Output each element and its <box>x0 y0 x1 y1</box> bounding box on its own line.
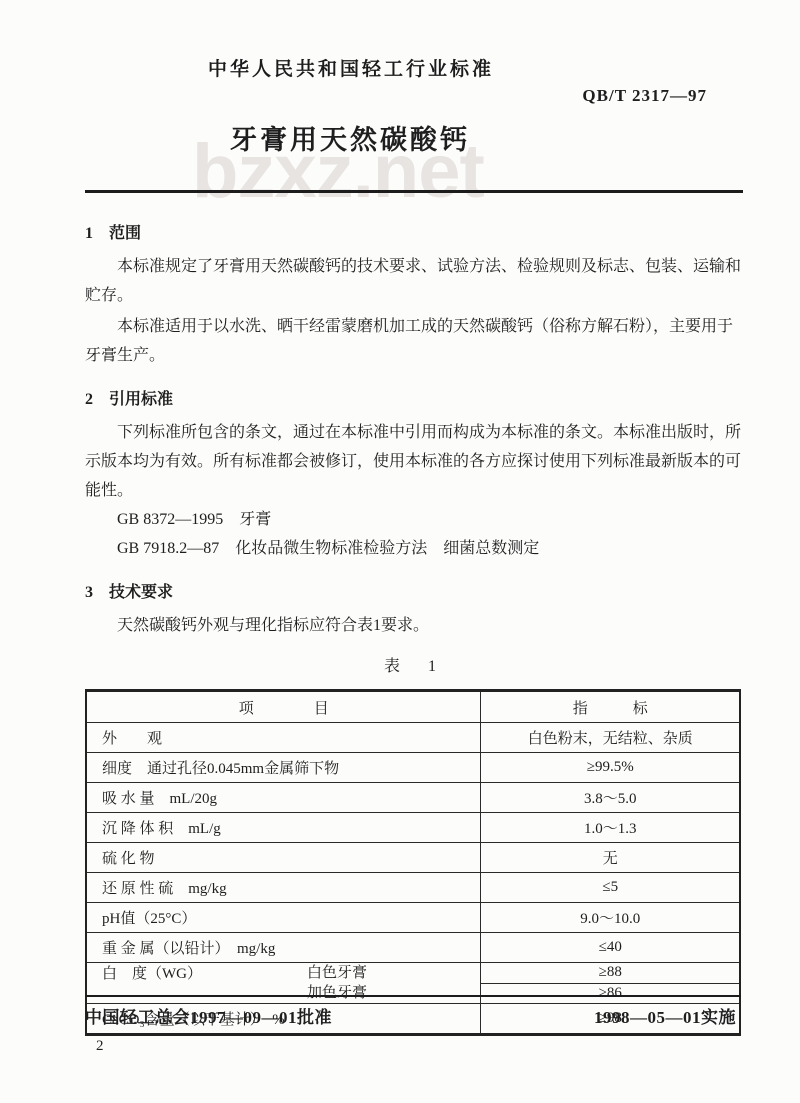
row-spec-value: ≥99.5% <box>481 753 739 782</box>
document-page: 中华人民共和国轻工行业标准 QB/T 2317—97 牙膏用天然碳酸钙 bzxz… <box>0 0 800 1103</box>
row-item-label: 外 观 <box>87 723 481 752</box>
whiteness-item-cell: 白 度（WG） 白色牙膏 加色牙膏 <box>87 963 481 1003</box>
table-row-water-absorption: 吸 水 量 mL/20g 3.8～5.0 <box>87 782 739 812</box>
table-row-reducing-sulfur: 还 原 性 硫 mg/kg ≤5 <box>87 872 739 902</box>
row-item-label: 白 度（WG） <box>102 963 480 984</box>
table-row-heavy-metals: 重 金 属（以铅计） mg/kg ≤40 <box>87 932 739 962</box>
reference-gb-8372: GB 8372—1995 牙膏 <box>85 505 741 534</box>
whiteness-colored-value: ≥86 <box>481 984 739 1004</box>
document-body: 1 范围 本标准规定了牙膏用天然碳酸钙的技术要求、试验方法、检验规则及标志、包装… <box>85 210 741 1036</box>
whiteness-sublabels: 白色牙膏 加色牙膏 <box>307 963 367 1003</box>
section-3-heading: 3 技术要求 <box>85 581 741 605</box>
row-item-label: 硫 化 物 <box>87 843 481 872</box>
row-item-label: 重 金 属（以铅计） mg/kg <box>87 933 481 962</box>
table-row-fineness: 细度 通过孔径0.045mm金属筛下物 ≥99.5% <box>87 752 739 782</box>
table-row-sulfide: 硫 化 物 无 <box>87 842 739 872</box>
row-spec-value: ≤40 <box>481 933 739 962</box>
table-1: 项 目 指 标 外 观 白色粉末，无结粒、杂质 细度 通过孔径0.045mm金属… <box>85 689 741 1036</box>
approval-text: 中国轻工总会1997—09—01批准 <box>85 1003 332 1028</box>
whiteness-white-value: ≥88 <box>481 963 739 984</box>
section-1-heading: 1 范围 <box>85 222 741 246</box>
section-3-paragraph-1: 天然碳酸钙外观与理化指标应符合表1要求。 <box>85 611 741 640</box>
table-row-appearance: 外 观 白色粉末，无结粒、杂质 <box>87 722 739 752</box>
row-spec-value: 白色粉末，无结粒、杂质 <box>481 723 739 752</box>
row-item-label: pH值（25°C） <box>87 903 481 932</box>
standard-code: QB/T 2317—97 <box>582 86 707 106</box>
section-1-paragraph-1: 本标准规定了牙膏用天然碳酸钙的技术要求、试验方法、检验规则及标志、包装、运输和贮… <box>85 252 741 310</box>
row-item-label: 还 原 性 硫 mg/kg <box>87 873 481 902</box>
footer-rule <box>85 995 741 997</box>
row-spec-value: ≤5 <box>481 873 739 902</box>
table-header-item: 项 目 <box>87 692 481 722</box>
section-2-paragraph-1: 下列标准所包含的条文，通过在本标准中引用而构成为本标准的条文。本标准出版时，所示… <box>85 418 741 505</box>
watermark-text: bzxz.net <box>192 128 484 215</box>
whiteness-colored-toothpaste-label: 加色牙膏 <box>307 983 367 1003</box>
row-spec-value: 无 <box>481 843 739 872</box>
row-spec-value: 1.0～1.3 <box>481 813 739 842</box>
whiteness-spec-cell: ≥88 ≥86 <box>481 963 739 1003</box>
row-spec-value: 9.0～10.0 <box>481 903 739 932</box>
implementation-text: 1998—05—01实施 <box>594 1003 736 1028</box>
table-header-spec: 指 标 <box>481 692 739 722</box>
row-item-label: 沉 降 体 积 mL/g <box>87 813 481 842</box>
section-2-heading: 2 引用标准 <box>85 388 741 412</box>
row-spec-value: 3.8～5.0 <box>481 783 739 812</box>
row-item-label: 细度 通过孔径0.045mm金属筛下物 <box>87 753 481 782</box>
whiteness-white-toothpaste-label: 白色牙膏 <box>307 963 367 983</box>
section-1-paragraph-2: 本标准适用于以水洗、晒干经雷蒙磨机加工成的天然碳酸钙（俗称方解石粉），主要用于牙… <box>85 312 741 370</box>
table-row-sedimentation-volume: 沉 降 体 积 mL/g 1.0～1.3 <box>87 812 739 842</box>
table-1-caption: 表 1 <box>85 652 741 681</box>
standard-class-label: 中华人民共和国轻工行业标准 <box>208 54 494 81</box>
reference-gb-7918: GB 7918.2—87 化妆品微生物标准检验方法 细菌总数测定 <box>85 534 741 563</box>
table-header-row: 项 目 指 标 <box>87 692 739 722</box>
table-row-ph: pH值（25°C） 9.0～10.0 <box>87 902 739 932</box>
header-rule <box>85 190 743 193</box>
page-number: 2 <box>96 1038 104 1055</box>
row-item-label: 吸 水 量 mL/20g <box>87 783 481 812</box>
